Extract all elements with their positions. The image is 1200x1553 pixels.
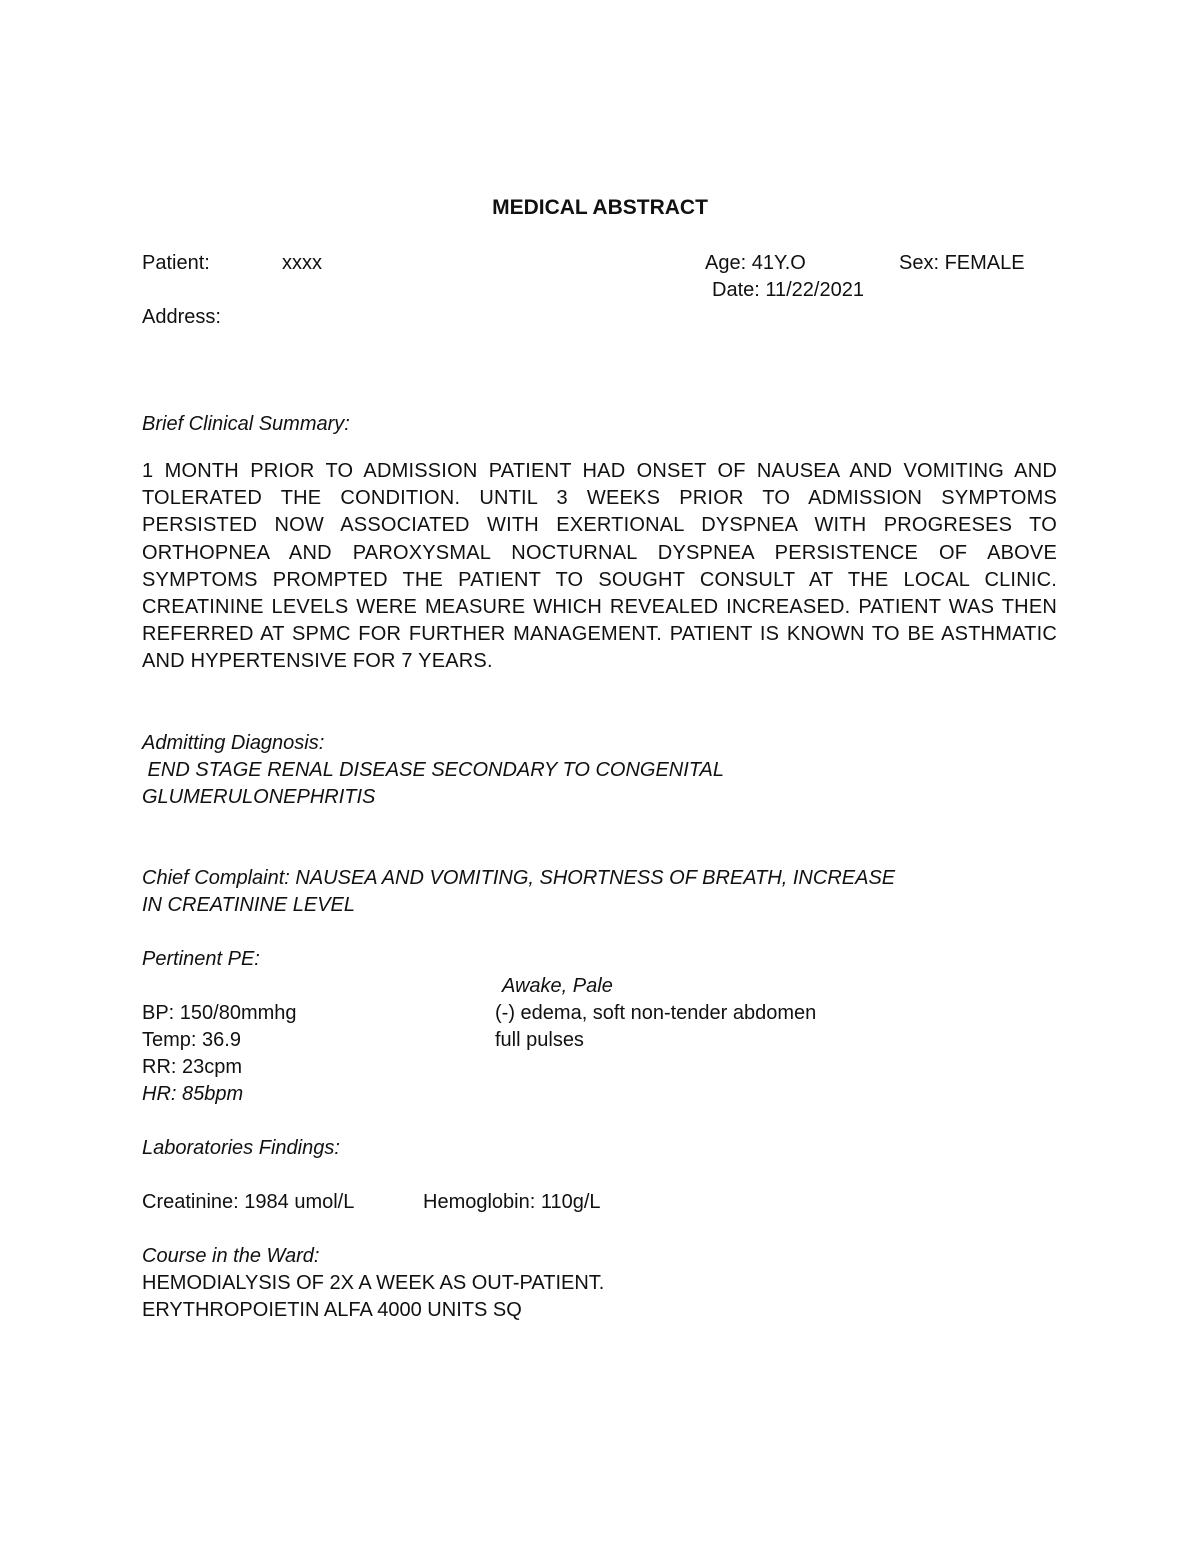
document-title: MEDICAL ABSTRACT — [0, 194, 1200, 221]
clinical-summary-heading: Brief Clinical Summary: — [142, 411, 350, 438]
date-field: Date: 11/22/2021 — [712, 277, 864, 304]
admitting-diagnosis-line2: GLUMERULONEPHRITIS — [142, 784, 375, 811]
lab-hemoglobin: Hemoglobin: 110g/L — [423, 1189, 601, 1216]
vital-temp: Temp: 36.9 — [142, 1027, 241, 1054]
admitting-diagnosis-line1: END STAGE RENAL DISEASE SECONDARY TO CON… — [142, 757, 724, 784]
chief-complaint-line2: IN CREATININE LEVEL — [142, 892, 355, 919]
patient-label: Patient: — [142, 250, 210, 277]
admitting-diagnosis-heading: Admitting Diagnosis: — [142, 730, 324, 757]
pe-finding-general: Awake, Pale — [502, 973, 613, 1000]
vital-hr: HR: 85bpm — [142, 1081, 243, 1108]
address-label: Address: — [142, 304, 221, 331]
course-line-hemodialysis: HEMODIALYSIS OF 2X A WEEK AS OUT-PATIENT… — [142, 1270, 604, 1297]
chief-complaint-line1: Chief Complaint: NAUSEA AND VOMITING, SH… — [142, 865, 895, 892]
age-field: Age: 41Y.O — [705, 250, 806, 277]
course-in-ward-heading: Course in the Ward: — [142, 1243, 320, 1270]
laboratories-heading: Laboratories Findings: — [142, 1135, 340, 1162]
clinical-summary-text: 1 MONTH PRIOR TO ADMISSION PATIENT HAD O… — [142, 458, 1057, 676]
vital-bp: BP: 150/80mmhg — [142, 1000, 297, 1027]
pe-finding-abdomen: (-) edema, soft non-tender abdomen — [495, 1000, 816, 1027]
sex-field: Sex: FEMALE — [899, 250, 1025, 277]
vital-rr: RR: 23cpm — [142, 1054, 242, 1081]
lab-creatinine: Creatinine: 1984 umol/L — [142, 1189, 354, 1216]
pe-finding-pulses: full pulses — [495, 1027, 584, 1054]
course-line-erythropoietin: ERYTHROPOIETIN ALFA 4000 UNITS SQ — [142, 1297, 522, 1324]
pertinent-pe-heading: Pertinent PE: — [142, 946, 260, 973]
patient-value: xxxx — [282, 250, 322, 277]
